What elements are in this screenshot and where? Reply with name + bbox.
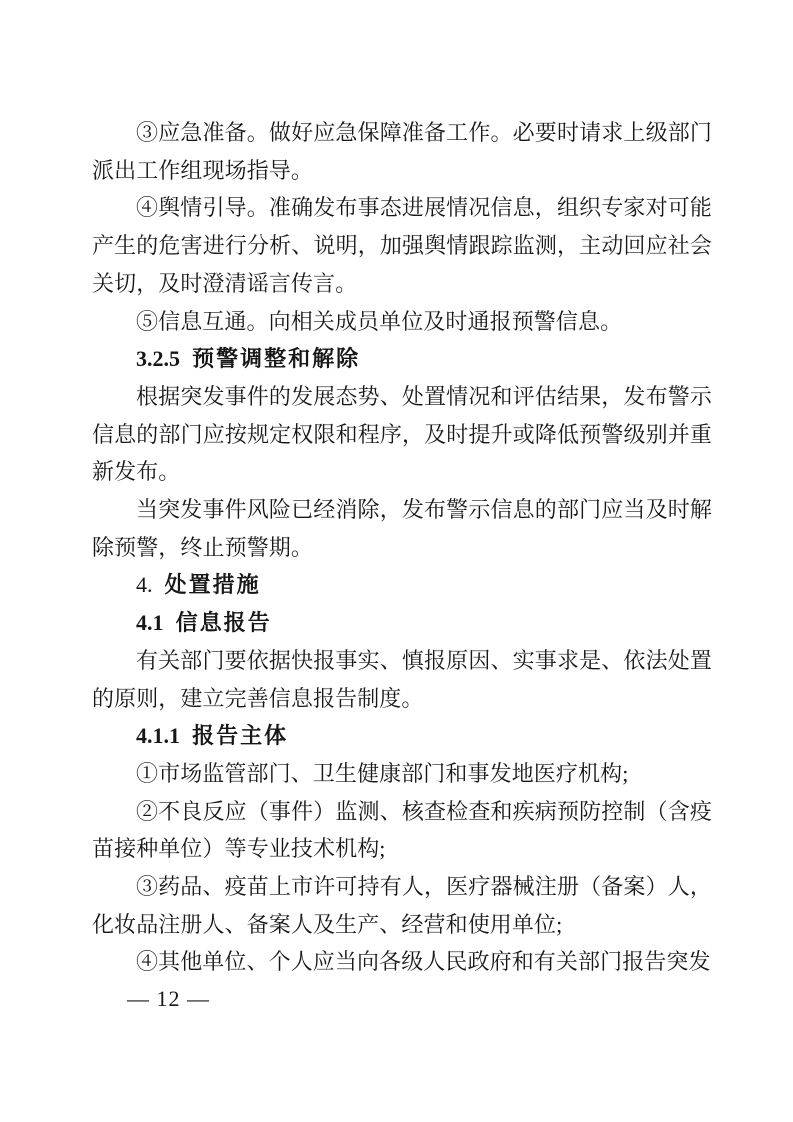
section-heading: 4.处置措施 <box>92 566 712 604</box>
heading-text: 预警调整和解除 <box>192 346 360 371</box>
heading-text: 报告主体 <box>192 723 288 748</box>
paragraph: ③药品、疫苗上市许可持有人，医疗器械注册（备案）人，化妆品注册人、备案人及生产、… <box>92 868 712 943</box>
paragraph: ①市场监管部门、卫生健康部门和事发地医疗机构; <box>92 755 712 793</box>
heading-number: 4.1 <box>136 610 164 635</box>
heading-text: 处置措施 <box>165 572 261 597</box>
paragraph: ③应急准备。做好应急保障准备工作。必要时请求上级部门派出工作组现场指导。 <box>92 114 712 189</box>
section-heading: 3.2.5预警调整和解除 <box>92 340 712 378</box>
document-page: ③应急准备。做好应急保障准备工作。必要时请求上级部门派出工作组现场指导。④舆情引… <box>0 0 793 1122</box>
paragraph: ⑤信息互通。向相关成员单位及时通报预警信息。 <box>92 303 712 341</box>
heading-text: 信息报告 <box>176 610 272 635</box>
paragraph: 根据突发事件的发展态势、处置情况和评估结果，发布警示信息的部门应按规定权限和程序… <box>92 378 712 491</box>
section-heading: 4.1.1报告主体 <box>92 717 712 755</box>
paragraph: 有关部门要依据快报事实、慎报原因、实事求是、依法处置的原则，建立完善信息报告制度… <box>92 642 712 717</box>
paragraph: 当突发事件风险已经消除，发布警示信息的部门应当及时解除预警，终止预警期。 <box>92 491 712 566</box>
heading-number: 4.1.1 <box>136 723 180 748</box>
paragraph: ④其他单位、个人应当向各级人民政府和有关部门报告突发 <box>92 943 712 981</box>
paragraph: ④舆情引导。准确发布事态进展情况信息，组织专家对可能产生的危害进行分析、说明，加… <box>92 189 712 302</box>
body-text: ③应急准备。做好应急保障准备工作。必要时请求上级部门派出工作组现场指导。④舆情引… <box>92 114 712 981</box>
heading-number: 4. <box>136 572 153 597</box>
section-heading: 4.1信息报告 <box>92 604 712 642</box>
heading-number: 3.2.5 <box>136 346 180 371</box>
page-number: — 12 — <box>127 986 210 1012</box>
paragraph: ②不良反应（事件）监测、核查检查和疾病预防控制（含疫苗接种单位）等专业技术机构; <box>92 793 712 868</box>
